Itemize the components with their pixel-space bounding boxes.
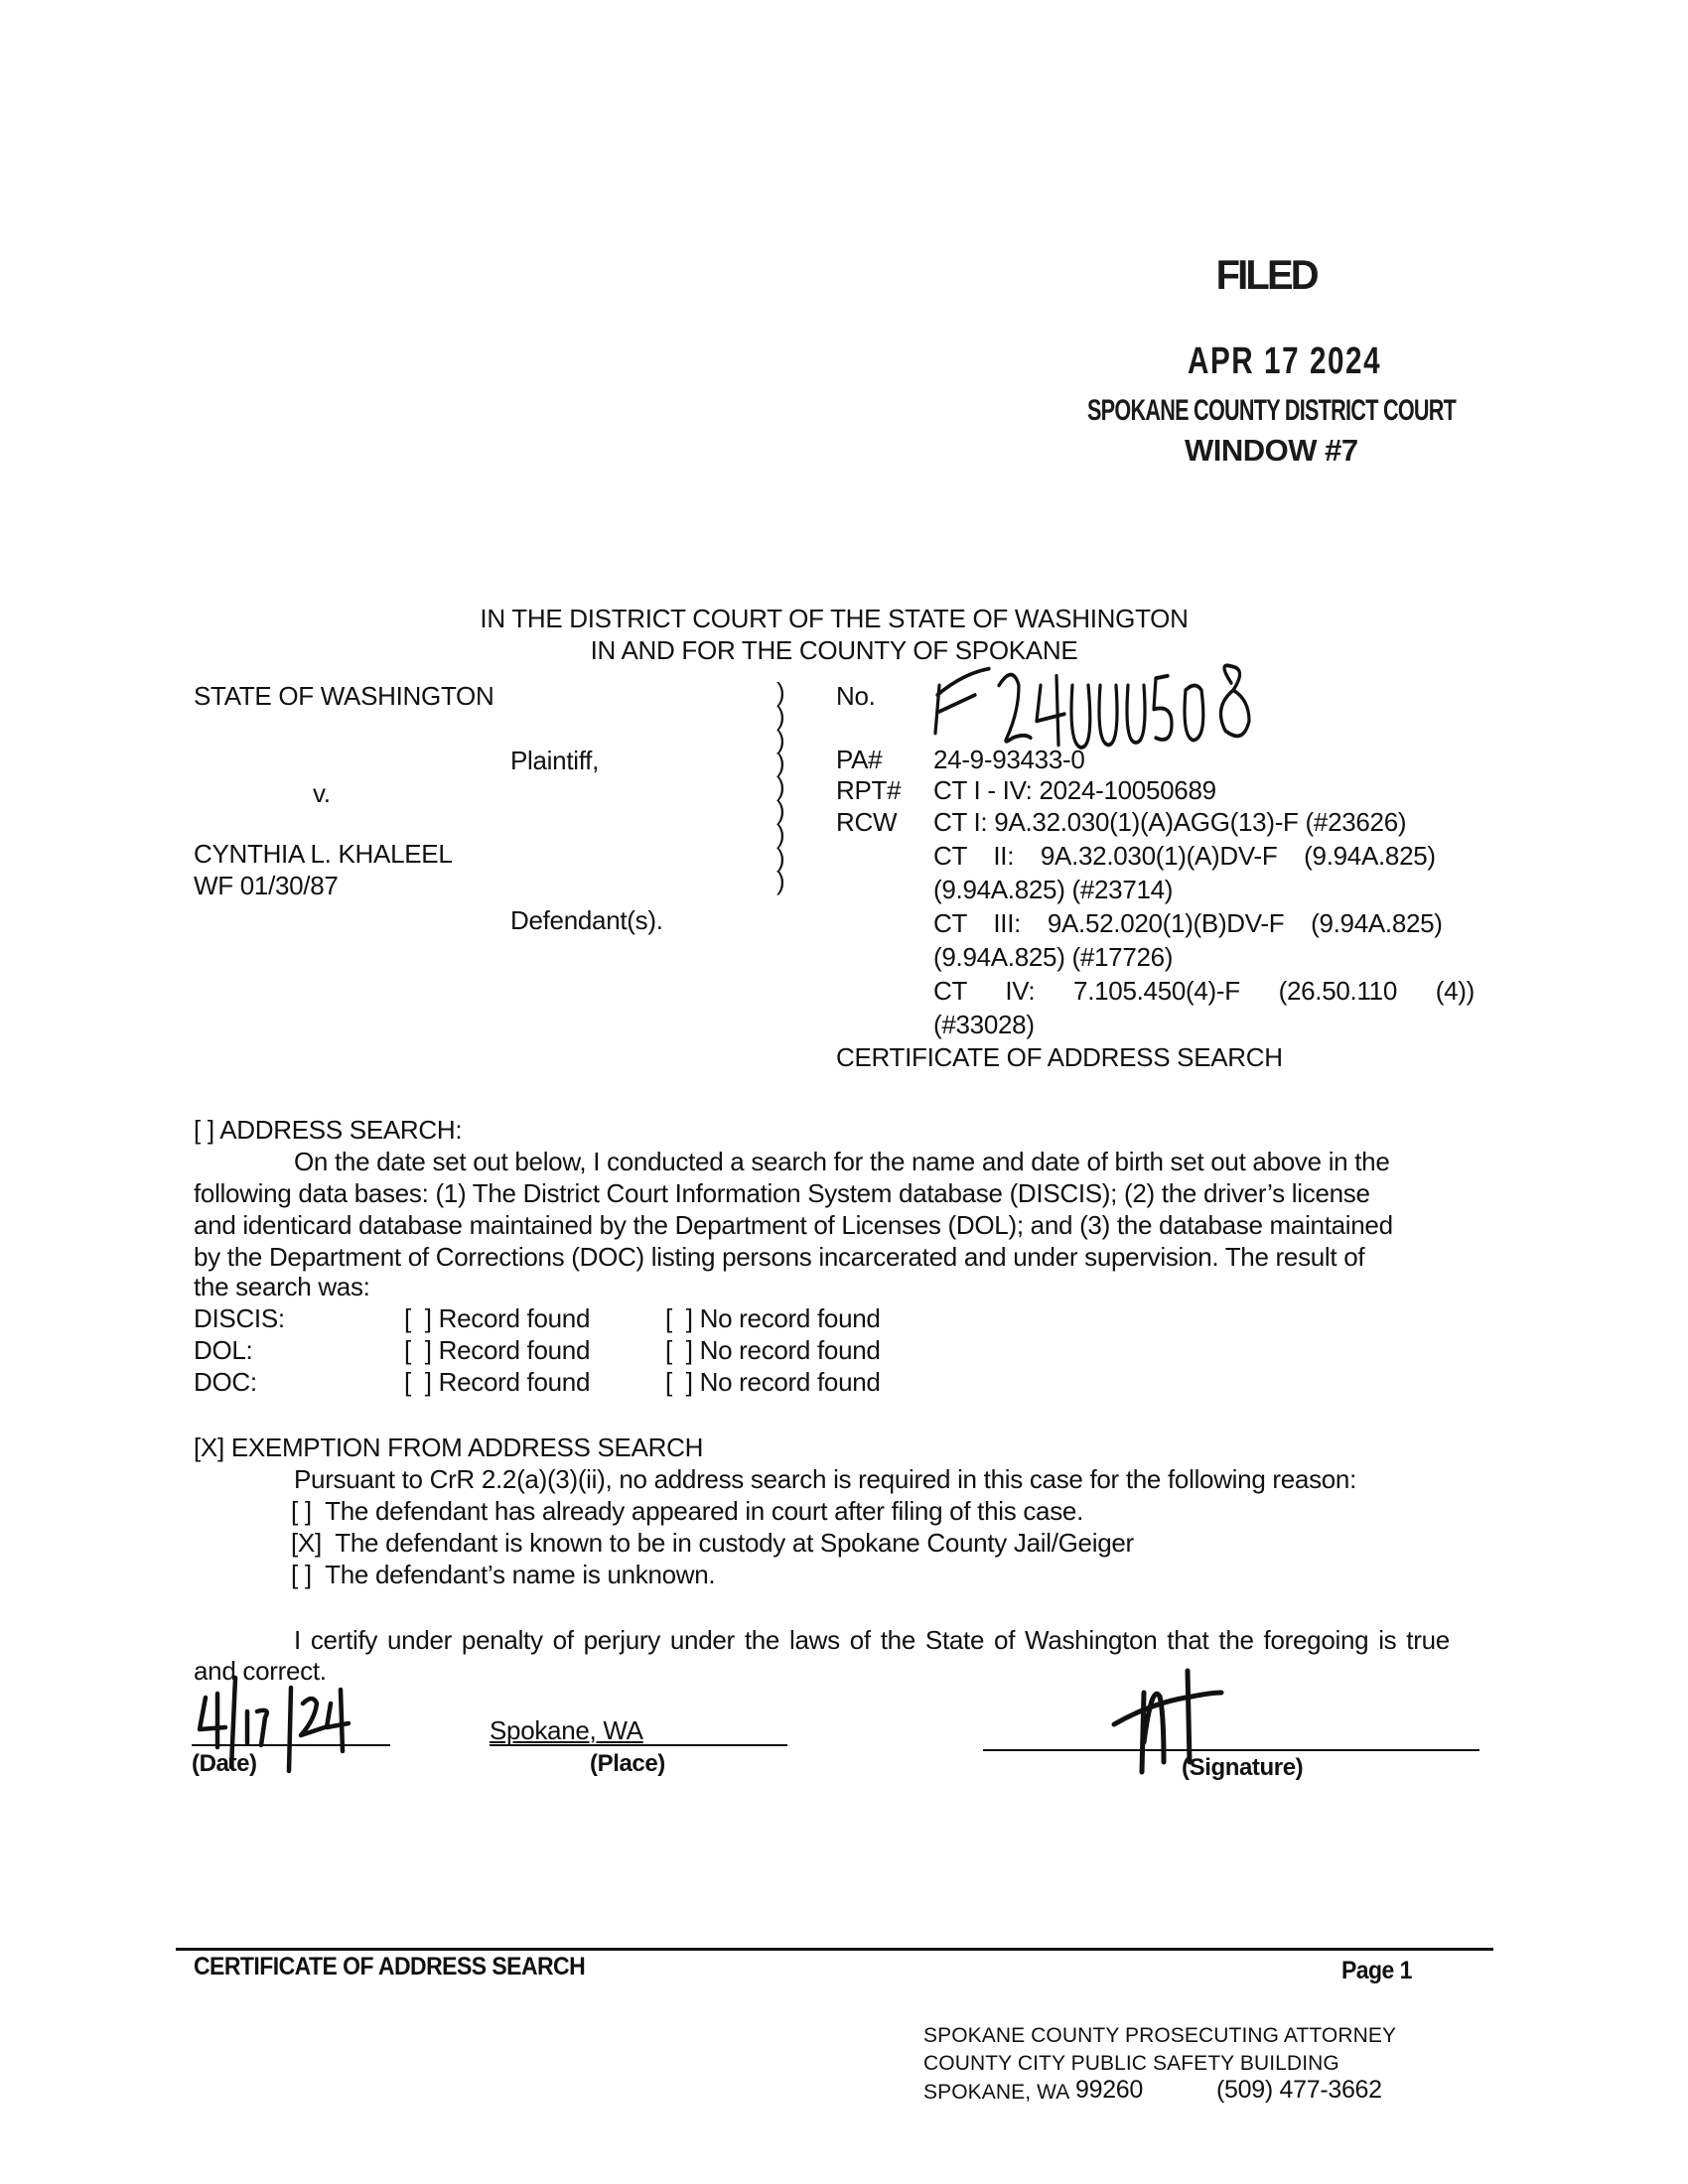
defendant-name: CYNTHIA L. KHALEEL (194, 839, 452, 870)
rcw-count-2: CT II: 9A.32.030(1)(A)DV-F (9.94A.825) (933, 841, 1436, 872)
rcw-count-1: CT I: 9A.32.030(1)(A)AGG(13)-F (#23626) (933, 807, 1406, 838)
exemption-reason-1-mark[interactable]: [ ] (291, 1496, 312, 1526)
footer-title: CERTIFICATE OF ADDRESS SEARCH (194, 1953, 585, 1981)
doc-no-record-found-checkbox[interactable]: [ ] No record found (665, 1367, 881, 1398)
certification-line1: I certify under penalty of perjury under… (294, 1625, 1450, 1656)
place-label: (Place) (590, 1750, 665, 1778)
office-name: SPOKANE COUNTY PROSECUTING ATTORNEY (923, 2022, 1396, 2050)
address-search-paragraph-line3: and identicard database maintained by th… (194, 1210, 1393, 1241)
defendant-info: WF 01/30/87 (194, 871, 339, 901)
filed-stamp-window: WINDOW #7 (1185, 433, 1358, 469)
rcw-count-2-cont: (9.94A.825) (#23714) (933, 875, 1173, 905)
report-number-value: CT I - IV: 2024-10050689 (933, 775, 1216, 806)
pa-number-label: PA# (836, 745, 882, 775)
rcw-count-4: CT IV: 7.105.450(4)-F (26.50.110 (4)) (933, 976, 1475, 1007)
exemption-heading: [X] EXEMPTION FROM ADDRESS SEARCH (194, 1433, 703, 1463)
result-db-dol: DOL: (194, 1335, 252, 1366)
address-search-heading: [ ] ADDRESS SEARCH: (194, 1115, 462, 1146)
filed-stamp-date: APR 17 2024 (1188, 341, 1381, 383)
case-number-label: No. (836, 681, 876, 712)
discis-no-record-found-checkbox[interactable]: [ ] No record found (665, 1303, 881, 1334)
result-db-doc: DOC: (194, 1367, 257, 1398)
exemption-reason-3-mark[interactable]: [ ] (291, 1560, 312, 1589)
rcw-count-3: CT III: 9A.52.020(1)(B)DV-F (9.94A.825) (933, 908, 1443, 939)
address-search-paragraph-line2: following data bases: (1) The District C… (194, 1178, 1370, 1209)
court-title-line2: IN AND FOR THE COUNTY OF SPOKANE (0, 634, 1668, 666)
result-db-discis: DISCIS: (194, 1303, 285, 1334)
footer-rule (176, 1948, 1493, 1951)
office-zip: 99260 (1075, 2075, 1143, 2106)
exemption-reason-2-mark[interactable]: [X] (291, 1528, 322, 1558)
address-search-paragraph-line1: On the date set out below, I conducted a… (294, 1147, 1390, 1177)
case-number-ink (933, 659, 1261, 754)
court-title-line1: IN THE DISTRICT COURT OF THE STATE OF WA… (0, 603, 1668, 634)
exemption-reason-3-text: The defendant’s name is unknown. (325, 1560, 715, 1589)
exemption-reason-3[interactable]: [ ] The defendant’s name is unknown. (291, 1560, 715, 1590)
date-label: (Date) (192, 1750, 257, 1778)
address-search-paragraph-line5: the search was: (194, 1272, 370, 1302)
dol-no-record-found-checkbox[interactable]: [ ] No record found (665, 1335, 881, 1366)
filed-stamp-label: FILED (1216, 251, 1317, 299)
pa-number-value: 24-9-93433-0 (933, 745, 1085, 775)
rcw-count-3-cont: (9.94A.825) (#17726) (933, 942, 1173, 973)
court-title: IN THE DISTRICT COURT OF THE STATE OF WA… (0, 603, 1668, 666)
page-number: Page 1 (1341, 1957, 1412, 1985)
rcw-count-4-cont: (#33028) (933, 1010, 1035, 1040)
document-title: CERTIFICATE OF ADDRESS SEARCH (836, 1042, 1283, 1073)
plaintiff-name: STATE OF WASHINGTON (194, 681, 493, 712)
office-city: SPOKANE, WA (923, 2079, 1069, 2107)
report-number-label: RPT# (836, 775, 901, 806)
plaintiff-label: Plaintiff, (510, 746, 599, 776)
versus: v. (313, 778, 331, 809)
filed-stamp-court: SPOKANE COUNTY DISTRICT COURT (1087, 394, 1456, 428)
place-line (490, 1744, 787, 1746)
dol-record-found-checkbox[interactable]: [ ] Record found (404, 1335, 590, 1366)
caption-paren: ) (776, 870, 785, 893)
exemption-reason-1-text: The defendant has already appeared in co… (325, 1496, 1083, 1526)
place-value: Spokane, WA (490, 1715, 643, 1746)
address-search-paragraph-line4: by the Department of Corrections (DOC) l… (194, 1242, 1364, 1273)
rcw-label: RCW (836, 807, 897, 838)
office-phone: (509) 477-3662 (1216, 2075, 1382, 2106)
exemption-reason-2[interactable]: [X] The defendant is known to be in cust… (291, 1528, 1134, 1559)
exemption-intro: Pursuant to CrR 2.2(a)(3)(ii), no addres… (294, 1464, 1356, 1495)
office-building: COUNTY CITY PUBLIC SAFETY BUILDING (923, 2050, 1339, 2078)
exemption-reason-1[interactable]: [ ] The defendant has already appeared i… (291, 1496, 1083, 1527)
signature-label: (Signature) (1182, 1754, 1303, 1782)
caption-divider: ))))))))) (776, 681, 785, 893)
doc-record-found-checkbox[interactable]: [ ] Record found (404, 1367, 590, 1398)
defendant-label: Defendant(s). (510, 905, 663, 936)
discis-record-found-checkbox[interactable]: [ ] Record found (404, 1303, 590, 1334)
exemption-reason-2-text: The defendant is known to be in custody … (335, 1528, 1134, 1558)
